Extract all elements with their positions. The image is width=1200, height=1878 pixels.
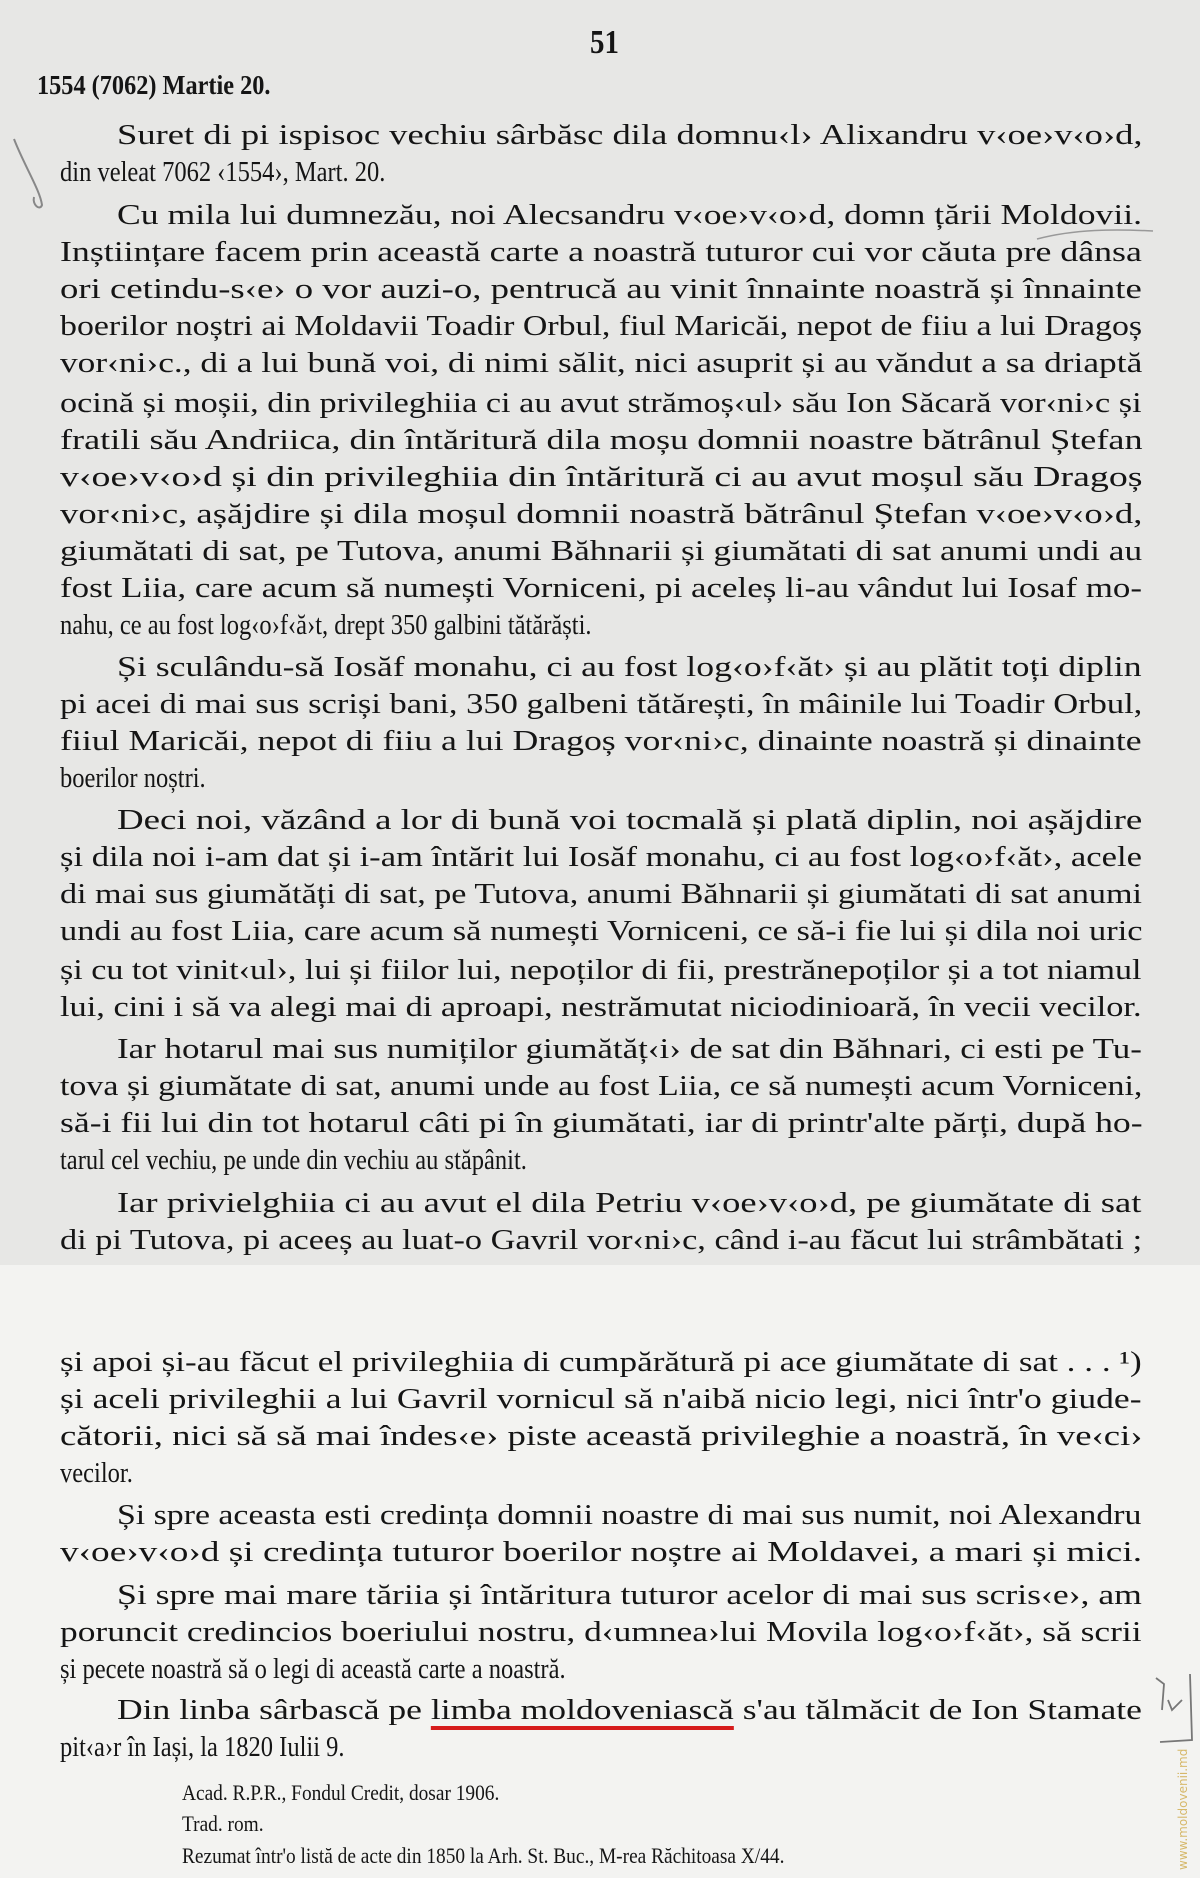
text-line: Și spre mai mare tăriia și întăritura tu… bbox=[117, 1580, 1142, 1612]
text-line: boerilor noștri ai Moldavii Toadir Orbul… bbox=[60, 311, 1142, 343]
pencil-mark-icon bbox=[10, 135, 50, 215]
translation-prefix: Din linba sârbască pe bbox=[117, 1695, 431, 1726]
text-line: și pecete noastră să o legi di această c… bbox=[60, 1654, 566, 1686]
text-line: vecilor. bbox=[60, 1458, 133, 1490]
translation-line: Din linba sârbască pe limba moldoveniasc… bbox=[117, 1695, 1142, 1727]
text-line: pit‹a›r în Iași, la 1820 Iulii 9. bbox=[60, 1732, 345, 1764]
text-line: Cu mila lui dumnezău, noi Alecsandru v‹o… bbox=[117, 200, 1142, 232]
text-line: Iar hotarul mai sus numiților giumătăț‹i… bbox=[117, 1034, 1142, 1066]
text-line: di mai sus giumătăți di sat, pe Tutova, … bbox=[60, 879, 1142, 911]
document-page: 51 1554 (7062) Martie 20. Suret di pi is… bbox=[0, 0, 1200, 1878]
text-line: să-i fii lui din tot hotarul câti pi în … bbox=[60, 1108, 1143, 1140]
text-line: poruncit credincios boeriului nostru, d‹… bbox=[60, 1617, 1142, 1649]
text-line: Iar privielghiia ci au avut el dila Petr… bbox=[117, 1188, 1141, 1220]
document-date-heading: 1554 (7062) Martie 20. bbox=[37, 70, 270, 101]
reference-line: Rezumat într'o listă de acte din 1850 la… bbox=[182, 1843, 784, 1869]
text-line: pi acei di mai sus scriși bani, 350 galb… bbox=[60, 689, 1142, 721]
text-line: di pi Tutova, pi aceeș au luat-o Gavril … bbox=[60, 1225, 1142, 1257]
text-line: cătorii, nici să să mai îndes‹e› piste a… bbox=[60, 1421, 1143, 1453]
text-line: Și sculându-să Iosăf monahu, ci au fost … bbox=[117, 652, 1142, 684]
text-line: lui, cini i să va alegi mai di aproapi, … bbox=[60, 992, 1142, 1024]
text-line: boerilor noștri. bbox=[60, 763, 206, 795]
reference-line: Acad. R.P.R., Fondul Credit, dosar 1906. bbox=[182, 1780, 499, 1806]
watermark: www.moldovenii.md bbox=[1176, 1749, 1190, 1870]
translation-suffix: s'au tălmăcit de Ion Stamate bbox=[734, 1695, 1142, 1726]
text-line: și cu tot vinit‹ul›, lui și fiilor lui, … bbox=[60, 955, 1141, 987]
text-line: tarul cel vechiu, pe unde din vechiu au … bbox=[60, 1145, 527, 1177]
text-line: Suret di pi ispisoc vechiu sârbăsc dila … bbox=[117, 120, 1143, 152]
text-line: Inștiințare facem prin această carte a n… bbox=[60, 237, 1142, 269]
text-line: vor‹ni›c, așăjdire și dila moșul domnii … bbox=[60, 499, 1142, 531]
page-number: 51 bbox=[590, 24, 619, 62]
text-line: vor‹ni›c., di a lui bună voi, di nimi să… bbox=[60, 348, 1142, 380]
text-line: și apoi și-au făcut el privileghiia di c… bbox=[60, 1347, 1142, 1379]
text-line: Și spre aceasta esti credința domnii noa… bbox=[117, 1500, 1141, 1532]
text-line: nahu, ce au fost log‹o›f‹ă›t, drept 350 … bbox=[60, 610, 592, 642]
text-line: ori cetindu-s‹e› o vor auzi-o, pentrucă … bbox=[60, 274, 1142, 306]
pencil-bracket-icon bbox=[1150, 1670, 1200, 1750]
text-line: fost Liia, care acum să numești Vornicen… bbox=[60, 573, 1142, 605]
text-line: și aceli privileghii a lui Gavril vornic… bbox=[60, 1384, 1142, 1416]
text-line: și dila noi i-am dat și i-am întărit lui… bbox=[60, 842, 1142, 874]
text-line: ocină și moșii, din privileghiia ci au a… bbox=[60, 388, 1142, 420]
text-line: fratili său Andriica, din întăritură dil… bbox=[60, 425, 1143, 457]
text-line: giumătati di sat, pe Tutova, anumi Băhna… bbox=[60, 536, 1142, 568]
text-line: Deci noi, văzând a lor di bună voi tocma… bbox=[117, 805, 1142, 837]
text-line: din veleat 7062 ‹1554›, Mart. 20. bbox=[60, 157, 385, 189]
text-line: v‹oe›v‹o›d și din privileghiia din întăr… bbox=[60, 462, 1143, 494]
text-line: tova și giumătate di sat, anumi unde au … bbox=[60, 1071, 1142, 1103]
highlighted-phrase: limba moldoveniască bbox=[431, 1695, 734, 1726]
reference-line: Trad. rom. bbox=[182, 1811, 264, 1837]
text-line: fiiul Maricăi, nepot di fiiu a lui Drago… bbox=[60, 726, 1142, 758]
text-line: undi au fost Liia, care acum să numești … bbox=[60, 916, 1143, 948]
text-line: v‹oe›v‹o›d și credința tuturor boerilor … bbox=[60, 1537, 1142, 1569]
